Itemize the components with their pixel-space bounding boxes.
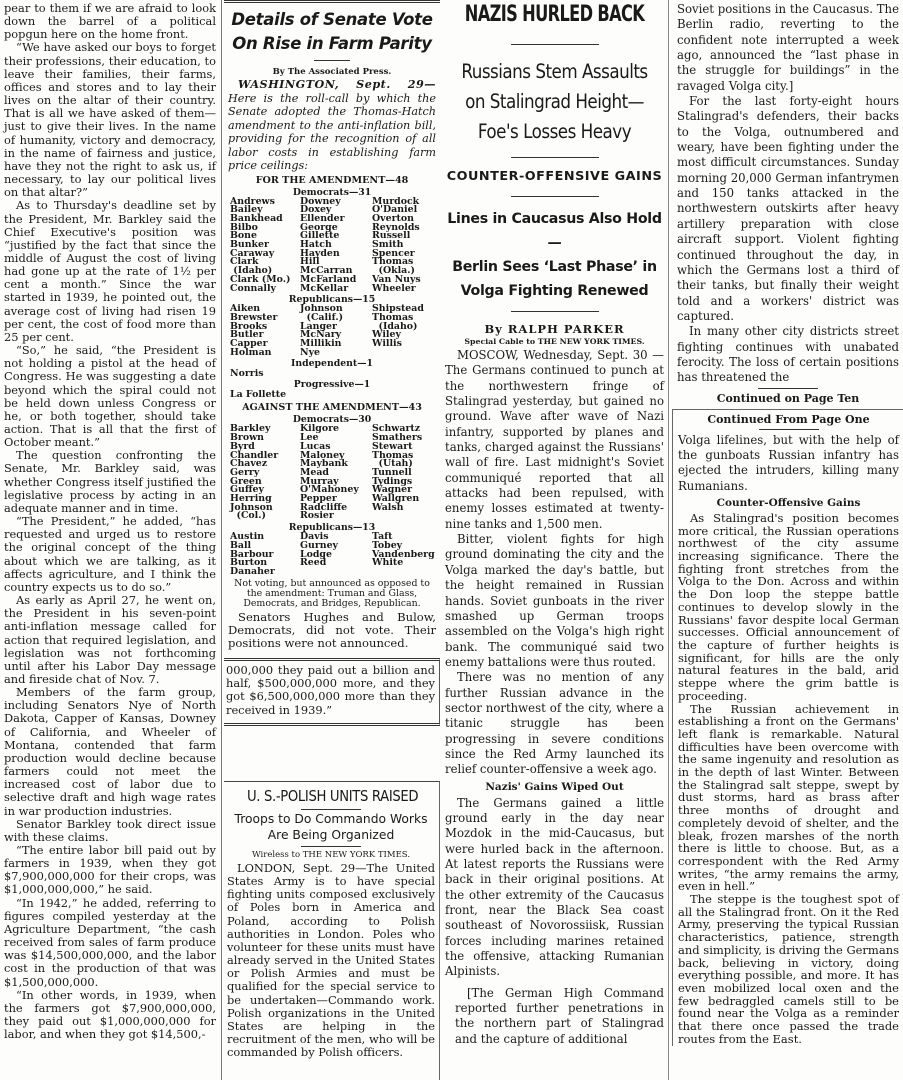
- senate-intro-text: Here is the roll-call by which the Senat…: [228, 92, 436, 173]
- polish-body: LONDON, Sept. 29—The United States Army …: [227, 862, 435, 1059]
- senator-name: Nye: [300, 349, 372, 358]
- paragraph: The Germans gained a little ground early…: [445, 796, 664, 980]
- against-republicans-names: AustinDavisTaftBallGurneyTobeyBarbourLod…: [228, 533, 436, 577]
- counter-offensive-subhead: Counter-Offensive Gains: [678, 496, 899, 510]
- bracket-continuation-text: Soviet positions in the Caucasus. The Be…: [677, 2, 899, 94]
- bracket-paragraph: [The German High Command reported furthe…: [455, 986, 664, 1047]
- main-headline: NAZIS HURLED BACK: [448, 0, 660, 30]
- nazis-story-body: MOSCOW, Wednesday, Sept. 30 —The Germans…: [445, 348, 664, 778]
- senate-headline-line-1: Details of Senate Vote: [228, 9, 436, 31]
- senator-name: Danaher: [230, 568, 300, 577]
- paragraph: As Stalingrad's position becomes more cr…: [678, 512, 899, 703]
- senator-name: Reed: [300, 559, 372, 568]
- senate-intro: WASHINGTON, Sept. 29— Here is the roll-c…: [228, 78, 436, 173]
- paragraph: Bitter, violent fights for high ground d…: [445, 532, 664, 670]
- against-amendment-heading: AGAINST THE AMENDMENT—43: [228, 402, 436, 414]
- subhead-line-1: Russians Stem Assaults: [443, 57, 666, 87]
- divider-rule: [511, 44, 599, 45]
- senator-name: [372, 349, 438, 358]
- not-voting-note: Not voting, but announced as opposed to …: [228, 579, 436, 610]
- senator-name: [300, 568, 372, 577]
- deck-caps: COUNTER-OFFENSIVE GAINS: [445, 168, 664, 186]
- paragraph: “We have asked our boys to forget their …: [4, 41, 216, 199]
- senator-name: Wheeler: [372, 285, 438, 294]
- senator-name: Walsh: [372, 504, 438, 513]
- nazis-story-body-2: The Germans gained a little ground early…: [445, 796, 664, 980]
- paragraph: As to Thursday's deadline set by the Pre…: [4, 199, 216, 344]
- polish-headline: U. S.-POLISH UNITS RAISED: [227, 786, 438, 806]
- paragraph: MOSCOW, Wednesday, Sept. 30 —The Germans…: [445, 348, 664, 532]
- senator-name: (Col.): [230, 512, 300, 521]
- continued-section: Continued From Page One Volga lifelines,…: [672, 409, 903, 1046]
- continued-on-page-ten[interactable]: Continued on Page Ten: [677, 391, 899, 407]
- senator-name: White: [372, 559, 438, 568]
- paragraph: As early as April 27, he went on, the Pr…: [4, 594, 216, 686]
- paragraph: “The entire labor bill paid out by farme…: [4, 844, 216, 897]
- paragraph: “In other words, in 1939, when the farme…: [4, 989, 216, 1042]
- paragraph: For the last forty-eight hours Stalingra…: [677, 94, 899, 324]
- paragraph: Volga lifelines, but with the help of th…: [678, 433, 899, 494]
- paragraph: “In 1942,” he added, referring to figure…: [4, 897, 216, 989]
- stalingrad-story-body: For the last forty-eight hours Stalingra…: [677, 94, 899, 386]
- column-senate-and-polish: Details of Senate Vote On Rise in Farm P…: [224, 0, 440, 1080]
- paragraph: Members of the farm group, including Sen…: [4, 686, 216, 818]
- polish-units-article: U. S.-POLISH UNITS RAISED Troops to Do C…: [224, 781, 440, 1080]
- continued-body: Volga lifelines, but with the help of th…: [678, 433, 899, 494]
- polish-subhead: Troops to Do Commando Works Are Being Or…: [227, 812, 435, 843]
- paragraph: The Russian achievement in establishing …: [678, 703, 899, 894]
- paragraph: Senator Barkley took direct issue with t…: [4, 818, 216, 844]
- column-stalingrad-continued: Soviet positions in the Caucasus. The Be…: [672, 0, 903, 1080]
- continued-body-2: As Stalingrad's position becomes more cr…: [678, 512, 899, 1046]
- divider-rule: [759, 429, 819, 430]
- for-democrats-names: AndrewsDowneyMurdockBaileyDoxeyO'DanielB…: [228, 198, 436, 294]
- paragraph: In many other city districts street figh…: [677, 324, 899, 385]
- paragraph: pear to them if we are afraid to look do…: [4, 2, 216, 41]
- senator-name: McKellar: [300, 285, 372, 294]
- against-democrats-names: BarkleyKilgoreSchwartzBrownLeeSmathersBy…: [228, 425, 436, 521]
- deck-line-2: Berlin Sees ‘Last Phase’ in: [445, 255, 664, 279]
- senator-name: [372, 568, 438, 577]
- senator-name: [372, 512, 438, 521]
- senator-name: Holman: [230, 349, 300, 358]
- senator-name: Rosier: [300, 512, 372, 521]
- divider-rule: [301, 809, 361, 810]
- nazis-gains-subhead: Nazis' Gains Wiped Out: [445, 780, 664, 794]
- divider-rule: [511, 157, 599, 158]
- deck-line-3: Volga Fighting Renewed: [445, 279, 664, 303]
- for-republicans-names: AikenJohnsonShipsteadBrewster (Calif.)Th…: [228, 305, 436, 357]
- barkley-story-body: pear to them if we are afraid to look do…: [4, 2, 216, 1041]
- paragraph: The steppe is the toughest spot of all t…: [678, 893, 899, 1045]
- subhead-line-2: on Stalingrad Height—: [443, 87, 666, 117]
- column-nazis-hurled-back: NAZIS HURLED BACK Russians Stem Assaults…: [441, 0, 669, 1080]
- for-progressive-name: La Follette: [228, 390, 436, 400]
- cable-credit: Special Cable to THE NEW YORK TIMES.: [445, 336, 664, 347]
- polish-credit-line: Wireless to THE NEW YORK TIMES.: [227, 850, 435, 861]
- senate-closing: Senators Hughes and Bulow, Democrats, di…: [228, 611, 436, 651]
- divider-rule: [758, 388, 818, 389]
- bracket-continuation: Soviet positions in the Caucasus. The Be…: [677, 2, 899, 94]
- paragraph: “The President,” he added, “has requeste…: [4, 515, 216, 594]
- senate-vote-article: Details of Senate Vote On Rise in Farm P…: [224, 0, 440, 652]
- senator-name: Connally: [230, 285, 300, 294]
- senator-name: Willis: [372, 340, 438, 349]
- senate-dateline: WASHINGTON, Sept. 29—: [238, 77, 436, 91]
- divider-rule: [301, 846, 361, 847]
- divider-rule: [511, 311, 599, 312]
- column-barkley-story: pear to them if we are afraid to look do…: [0, 0, 222, 1080]
- deck-line-1: Lines in Caucasus Also Hold—: [445, 207, 664, 255]
- continued-from-page-one[interactable]: Continued From Page One: [678, 412, 899, 428]
- german-command-bracket: [The German High Command reported furthe…: [445, 986, 664, 1047]
- subhead-line-3: Foe's Losses Heavy: [443, 117, 666, 147]
- polish-paragraph: LONDON, Sept. 29—The United States Army …: [227, 862, 435, 1059]
- divider-rule: [511, 196, 599, 197]
- senate-headline-line-2: On Rise in Farm Parity: [228, 33, 436, 55]
- paragraph: The question confronting the Senate, Mr.…: [4, 449, 216, 515]
- divider-rule: [314, 60, 350, 61]
- paragraph: There was no mention of any further Russ…: [445, 670, 664, 777]
- byline: By RALPH PARKER: [445, 322, 664, 336]
- for-independent-name: Norris: [228, 369, 436, 379]
- barkley-continuation-box: 000,000 they paid out a billion and half…: [224, 658, 440, 726]
- paragraph: “So,” he said, “the President is not hol…: [4, 344, 216, 449]
- for-amendment-heading: FOR THE AMENDMENT—48: [228, 175, 436, 187]
